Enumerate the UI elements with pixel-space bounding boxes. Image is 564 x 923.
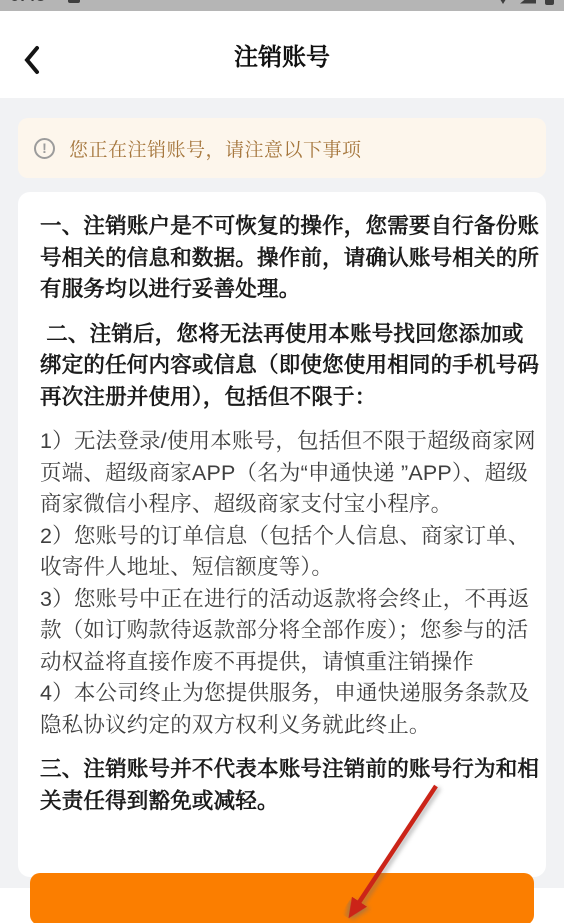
- terms-text: 一、注销账户是不可恢复的操作，您需要自行备份账号相关的信息和数据。操作前，请确认…: [40, 211, 542, 817]
- battery-icon: [545, 0, 554, 5]
- nav-bar: 注销账号: [0, 11, 564, 98]
- back-button[interactable]: [14, 44, 50, 80]
- submit-button[interactable]: [30, 873, 534, 923]
- terms-paragraph-3: 1）无法登录/使用本账号，包括但不限于超级商家网页端、超级商家APP（名为“申通…: [40, 426, 542, 741]
- wifi-icon: [495, 0, 511, 4]
- cellular-signal-icon: [520, 0, 536, 4]
- account-cancellation-screen: 6:48 注销账号 ! 您正在注销账号，请注意以下事项 一、注销账户是不可恢复的…: [0, 0, 564, 923]
- bottom-bar: [0, 888, 564, 923]
- terms-card: 一、注销账户是不可恢复的操作，您需要自行备份账号相关的信息和数据。操作前，请确认…: [18, 192, 546, 877]
- warning-banner-text: 您正在注销账号，请注意以下事项: [69, 135, 362, 162]
- page-title: 注销账号: [0, 11, 564, 98]
- terms-paragraph-4: 三、注销账号并不代表本账号注销前的账号行为和相关责任得到豁免或减轻。: [40, 754, 542, 817]
- terms-paragraph-2: 二、注销后，您将无法再使用本账号找回您添加或绑定的任何内容或信息（即使您使用相同…: [40, 319, 542, 414]
- status-bar: 6:48: [0, 0, 564, 11]
- back-chevron-icon: [23, 45, 41, 80]
- terms-paragraph-1: 一、注销账户是不可恢复的操作，您需要自行备份账号相关的信息和数据。操作前，请确认…: [40, 211, 542, 306]
- warning-banner: ! 您正在注销账号，请注意以下事项: [18, 118, 546, 178]
- status-time: 6:48: [10, 0, 46, 6]
- exclamation-circle-icon: !: [34, 138, 55, 159]
- notification-icon: [68, 0, 80, 3]
